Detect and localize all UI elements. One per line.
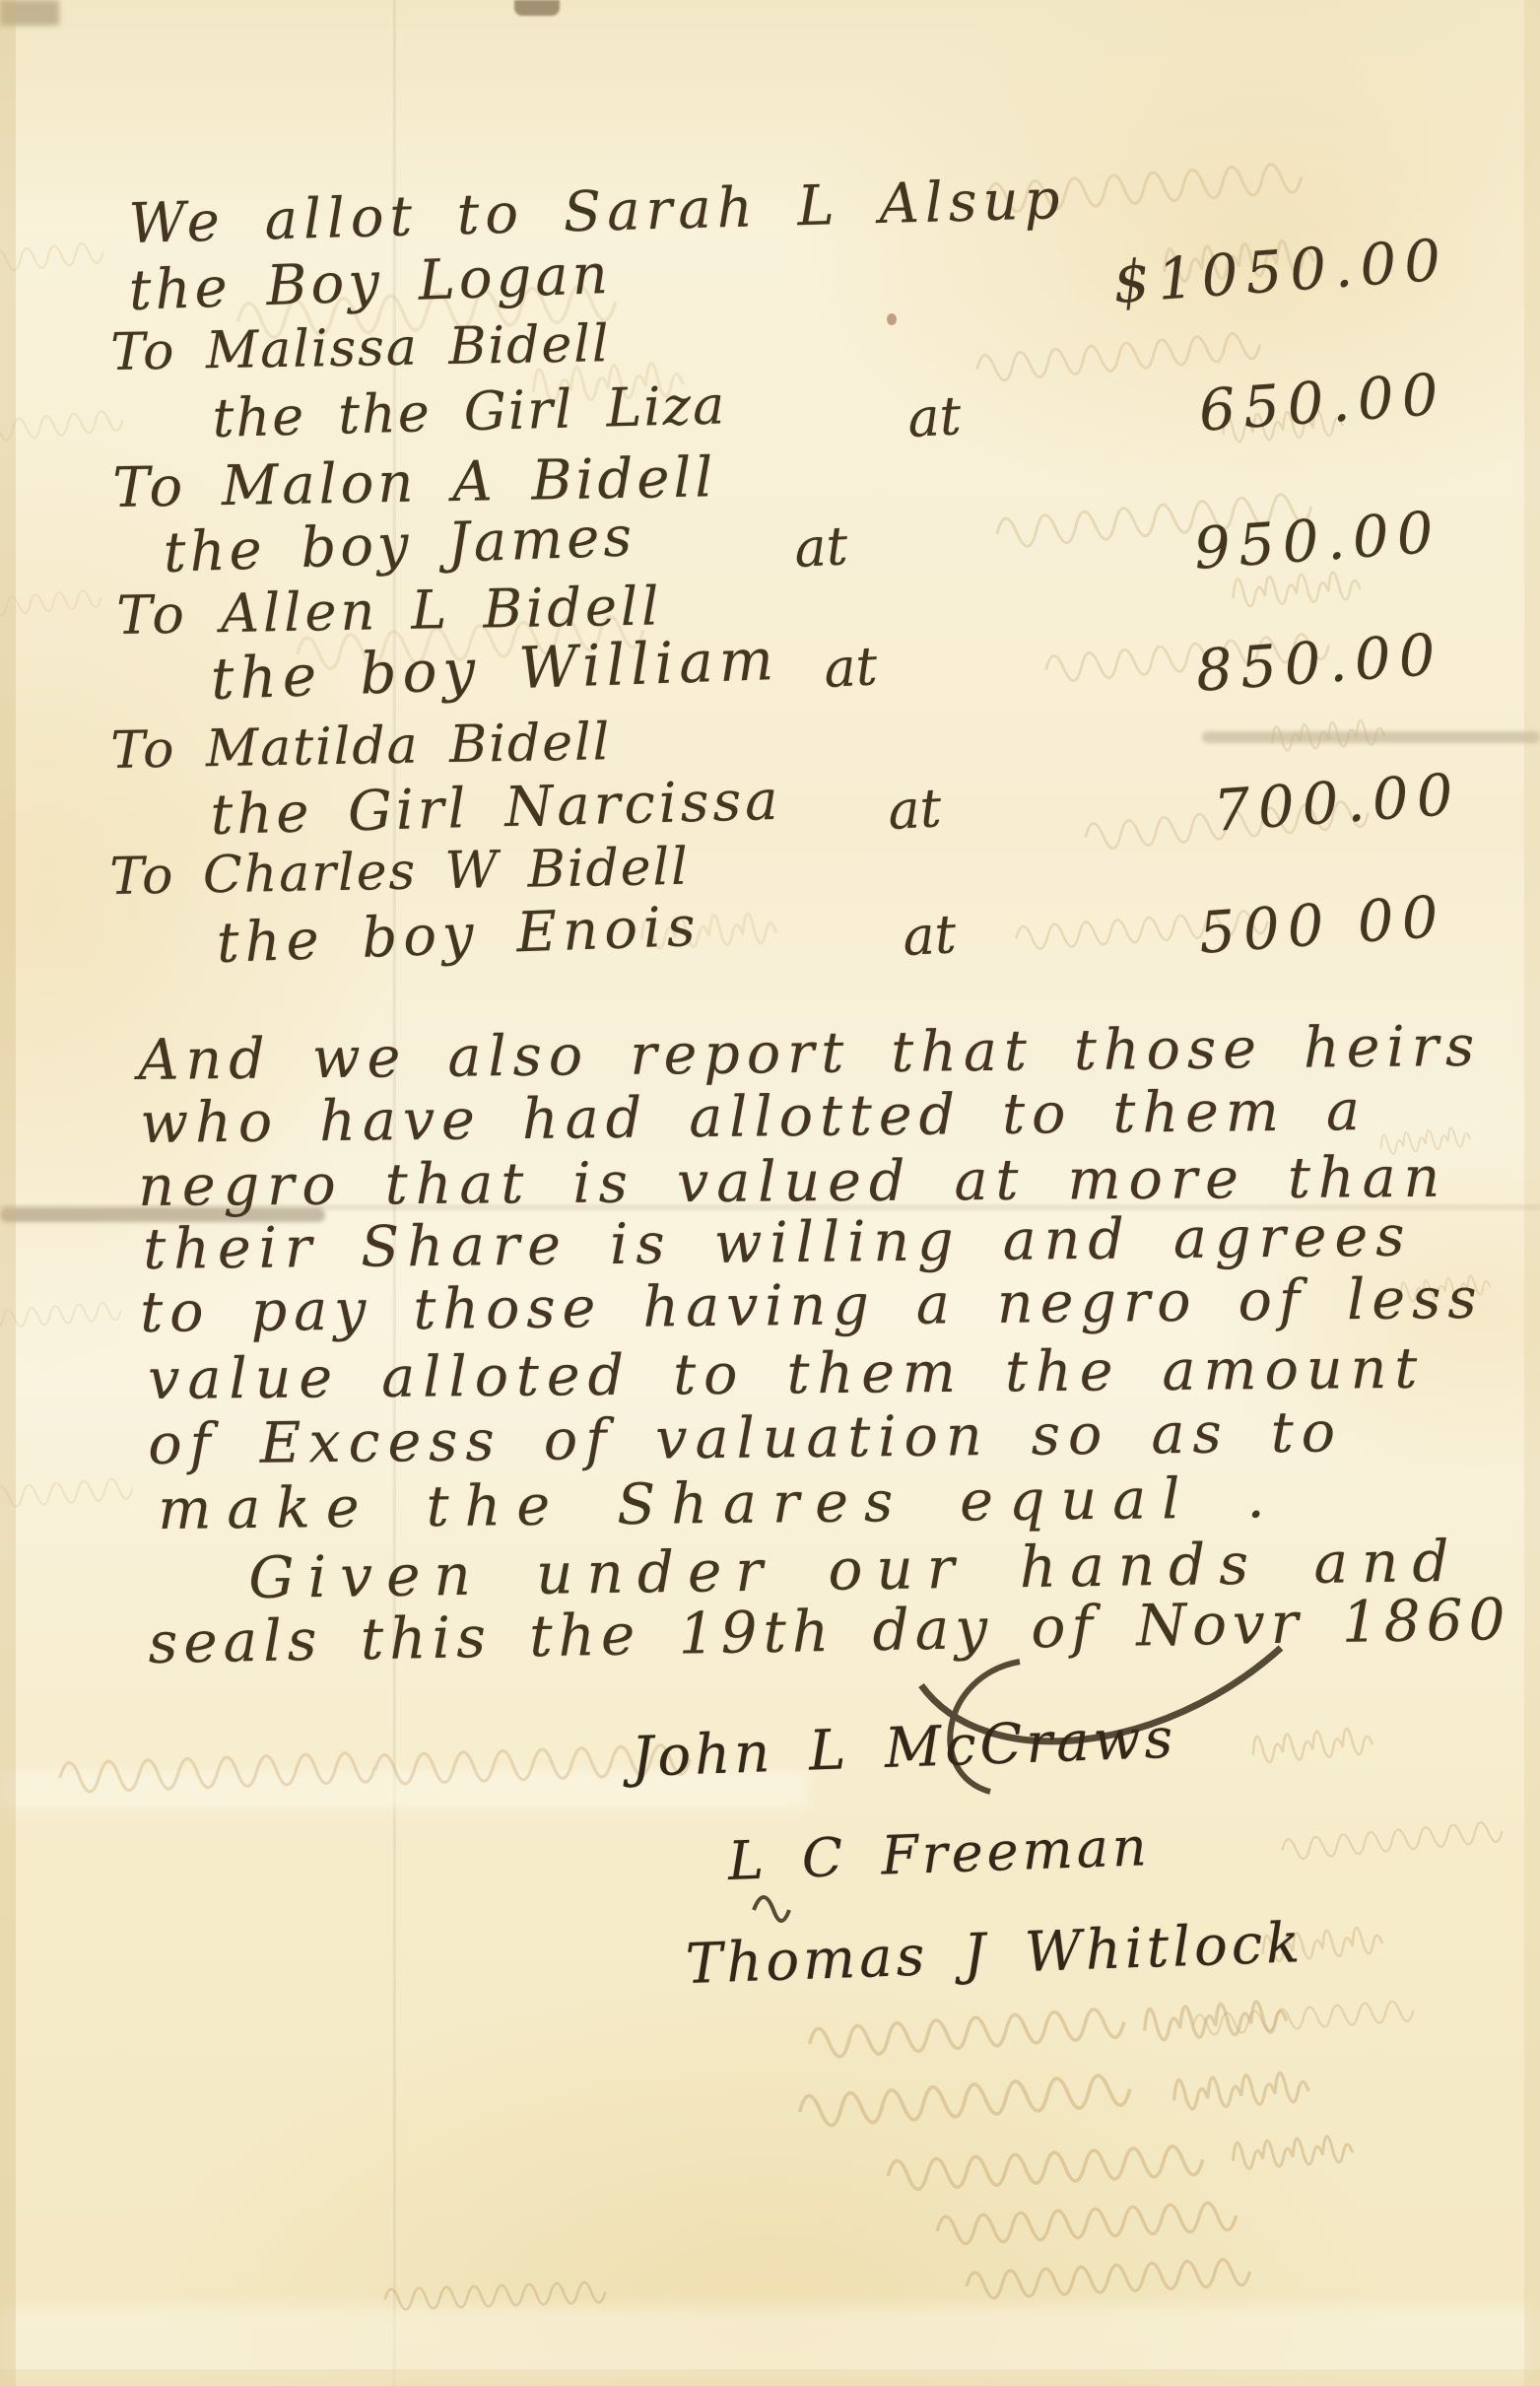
light-band-bottom bbox=[0, 2306, 1540, 2385]
left-edge-shadow bbox=[0, 0, 16, 2386]
ink-spot bbox=[887, 313, 897, 325]
allotment-row-4-item: the boy William bbox=[210, 631, 780, 708]
allotment-row-5-amount: 700.00 bbox=[1212, 765, 1462, 839]
allotment-row-2-heir: To Malissa Bidell bbox=[110, 318, 611, 378]
top-edge-smudge bbox=[514, 0, 560, 16]
report-line-4: their Share is willing and agrees bbox=[143, 1209, 1413, 1278]
allotment-row-3-amount: 950.00 bbox=[1192, 503, 1442, 577]
report-line-5: to pay those having a negro of less bbox=[140, 1271, 1484, 1341]
allotment-row-6-heir: To Charles W Bidell bbox=[109, 842, 690, 903]
allotment-row-4-amount: 850.00 bbox=[1194, 625, 1444, 699]
allotment-row-3-at: at bbox=[793, 519, 849, 576]
allotment-row-2-at: at bbox=[906, 389, 963, 445]
document-page: We allot to Sarah L Alsup the Boy Logan … bbox=[0, 0, 1540, 2386]
report-line-8: make the Shares equal . bbox=[158, 1470, 1281, 1538]
report-line-7: of Excess of valuation so as to bbox=[148, 1404, 1343, 1473]
allotment-row-1-amount: $1050.00 bbox=[1111, 231, 1450, 311]
right-edge-shadow bbox=[1524, 0, 1540, 2386]
allotment-row-5-at: at bbox=[887, 782, 943, 838]
top-left-corner-smudge bbox=[0, 0, 59, 26]
allotment-row-4-at: at bbox=[823, 640, 879, 696]
allotment-row-5-item: the Girl Narcissa bbox=[210, 774, 782, 844]
allotment-row-2-item: the the Girl Liza bbox=[212, 378, 727, 445]
bottom-edge-shadow bbox=[0, 2369, 1540, 2386]
signature-john-l-mccraws: John L McCraws bbox=[631, 1712, 1177, 1786]
ink-smear-right bbox=[1202, 731, 1540, 743]
allotment-row-6-amount: 500 00 bbox=[1197, 887, 1447, 961]
allotment-row-6-item: the boy Enois bbox=[216, 900, 702, 972]
allotment-row-1-item: the Boy Logan bbox=[128, 247, 613, 319]
allotment-row-3-item: the boy James bbox=[163, 510, 636, 581]
allotment-row-6-at: at bbox=[902, 908, 958, 964]
report-line-6: value alloted to them the amount bbox=[148, 1341, 1425, 1408]
signature-l-c-freeman: L C Freeman bbox=[727, 1820, 1152, 1888]
report-line-2: who have had allotted to them a bbox=[140, 1083, 1367, 1152]
allotment-row-5-heir: To Matilda Bidell bbox=[110, 716, 612, 777]
signature-thomas-j-whitlock: Thomas J Whitlock bbox=[685, 1916, 1305, 1993]
allotment-row-1-heir: We allot to Sarah L Alsup bbox=[128, 172, 1066, 252]
allotment-row-2-amount: 650.00 bbox=[1197, 365, 1447, 439]
